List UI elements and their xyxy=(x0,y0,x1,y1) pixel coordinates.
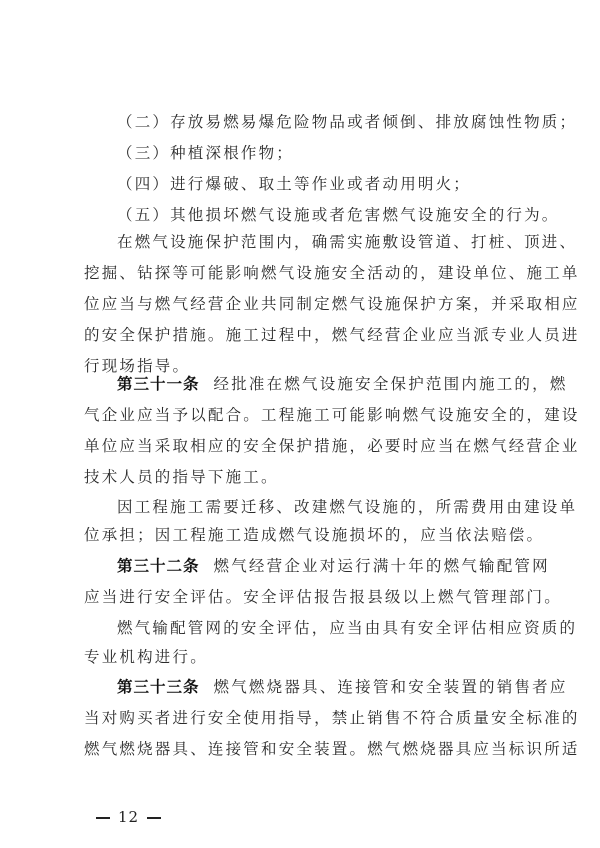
list-item-5: （五）其他损坏燃气设施或者危害燃气设施安全的行为。 xyxy=(117,205,557,225)
paragraph-line: 挖掘、钻探等可能影响燃气设施安全活动的，建设单位、施工单 xyxy=(84,263,524,283)
page-number: 12 xyxy=(88,808,169,826)
paragraph-line: 位承担；因工程施工造成燃气设施损坏的，应当依法赔偿。 xyxy=(84,525,524,545)
article-33-heading: 第三十三条 xyxy=(117,677,200,697)
paragraph-line: 专业机构进行。 xyxy=(84,647,524,667)
article-32-text: 燃气经营企业对运行满十年的燃气输配管网 xyxy=(214,556,550,576)
paragraph-line: 单位应当采取相应的安全保护措施，必要时应当在燃气经营企业 xyxy=(84,436,524,456)
paragraph-line: 当对购买者进行安全使用指导，禁止销售不符合质量安全标准的 xyxy=(84,708,524,728)
paragraph-line: 因工程施工需要迁移、改建燃气设施的，所需费用由建设单 xyxy=(117,497,524,517)
list-item-3: （三）种植深根作物； xyxy=(117,143,557,163)
document-page: （二）存放易燃易爆危险物品或者倾倒、排放腐蚀性物质； （三）种植深根作物； （四… xyxy=(0,0,600,848)
paragraph-line: 的安全保护措施。施工过程中，燃气经营企业应当派专业人员进 xyxy=(84,325,524,345)
article-31-text: 经批准在燃气设施安全保护范围内施工的，燃 xyxy=(214,374,568,394)
paragraph-line: 燃气输配管网的安全评估，应当由具有安全评估相应资质的 xyxy=(117,618,524,638)
dash-left xyxy=(96,817,110,818)
article-33-text: 燃气燃烧器具、连接管和安全装置的销售者应 xyxy=(214,677,568,697)
paragraph-line: 燃气燃烧器具、连接管和安全装置。燃气燃烧器具应当标识所适 xyxy=(84,739,524,759)
paragraph-line: 技术人员的指导下施工。 xyxy=(84,467,524,487)
list-item-2: （二）存放易燃易爆危险物品或者倾倒、排放腐蚀性物质； xyxy=(117,112,557,132)
paragraph-line: 在燃气设施保护范围内，确需实施敷设管道、打桩、顶进、 xyxy=(117,232,524,252)
article-33-first-line: 第三十三条 燃气燃烧器具、连接管和安全装置的销售者应 xyxy=(117,677,524,697)
paragraph-line: 应当进行安全评估。安全评估报告报县级以上燃气管理部门。 xyxy=(84,587,524,607)
list-item-4: （四）进行爆破、取土等作业或者动用明火； xyxy=(117,174,557,194)
dash-right xyxy=(147,817,161,818)
paragraph-line: 行现场指导。 xyxy=(84,356,524,376)
article-32-first-line: 第三十二条 燃气经营企业对运行满十年的燃气输配管网 xyxy=(117,556,524,576)
article-32-heading: 第三十二条 xyxy=(117,556,200,576)
article-31-first-line: 第三十一条 经批准在燃气设施安全保护范围内施工的，燃 xyxy=(117,374,524,394)
paragraph-line: 位应当与燃气经营企业共同制定燃气设施保护方案，并采取相应 xyxy=(84,294,524,314)
article-31-heading: 第三十一条 xyxy=(117,374,200,394)
paragraph-line: 气企业应当予以配合。工程施工可能影响燃气设施安全的，建设 xyxy=(84,405,524,425)
page-number-value: 12 xyxy=(118,808,139,826)
